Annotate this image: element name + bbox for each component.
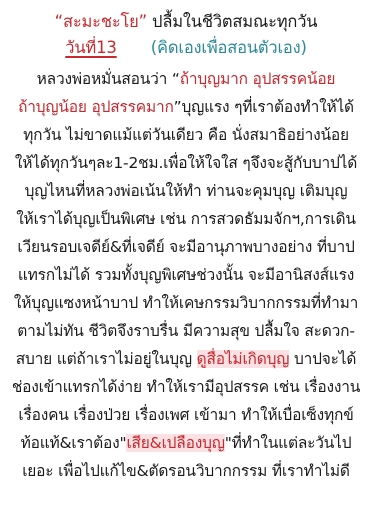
body-line-9: ให้บุญแซงหน้าบาป ทำให้เคษกรรมวิบากกรรมที… (0, 291, 372, 315)
body-line-13: เรื่องคน เรื่องป่วย เรื่องเพศ เข้ามา ทำใ… (0, 403, 372, 427)
body-line-10: ตามไม่ทัน ชีวิตจึงราบรื่น มีความสุข ปลื้… (0, 319, 372, 343)
body-line-1: หลวงพ่อหมั่นสอนว่า “ถ้าบุญมาก อุปสรรคน้อ… (0, 67, 372, 91)
warning-highlight: เสีย&เปลืองบุญ (126, 434, 224, 452)
quote-highlight: ถ้าบุญน้อย อุปสรรคมาก (18, 98, 174, 116)
body-text: สบาย แต่ถ้าเราไม่อยู่ในบุญ (16, 350, 197, 368)
body-line-12: ช่องเข้าแทรกได้ง่าย ทำให้เรามีอุปสรรค เช… (0, 375, 372, 399)
body-line-7: เวียนรอบเจดีย์&ที่เจดีย์ จะมีอานุภาพบางอ… (0, 235, 372, 259)
body-line-3: ทุกวัน ไม่ขาดแม้แต่วันเดียว คือ นั่งสมาธ… (0, 123, 372, 147)
title-text: ปลื้มในชีวิตสมณะทุกวัน (147, 12, 317, 31)
body-line-15: เยอะ เพื่อไปแก้ไข&ตัดรอนวิบากกรรม ที่เรา… (0, 459, 372, 483)
subtitle: (คิดเองเพื่อสอนตัวเอง) (151, 38, 307, 57)
body-line-2: ถ้าบุญน้อย อุปสรรคมาก”บุญแรง ๆที่เราต้อง… (0, 95, 372, 119)
body-text: "ที่ทำในแต่ละวันไป (225, 434, 352, 452)
title-line: “สะมะชะโย” ปลื้มในชีวิตสมณะทุกวัน (0, 10, 372, 34)
body-text: ท้อแท้&เราต้อง" (21, 434, 127, 452)
body-line-8: แทรกไม่ได้ รวมทั้งบุญพิเศษช่วงนั้น จะมีอ… (0, 263, 372, 287)
body-line-6: ให้เราได้บุญเป็นพิเศษ เช่น การสวดธัมมจัก… (0, 207, 372, 231)
body-line-14: ท้อแท้&เราต้อง"เสีย&เปลืองบุญ"ที่ทำในแต่… (0, 431, 372, 455)
document-page: “สะมะชะโย” ปลื้มในชีวิตสมณะทุกวัน วันที่… (0, 0, 372, 511)
body-line-4: ให้ได้ทุกวันๆละ1-2ชม.เพื่อให้ใจใส ๆจึงจะ… (0, 151, 372, 175)
body-text: ”บุญแรง ๆที่เราต้องทำให้ได้ (174, 98, 354, 116)
body-text: บาปจะได้ (289, 350, 356, 368)
body-line-11: สบาย แต่ถ้าเราไม่อยู่ในบุญ ดูสื่อไม่เกิด… (0, 347, 372, 371)
title-quote: “สะมะชะโย” (55, 12, 147, 31)
warning-highlight: ดูสื่อไม่เกิดบุญ (197, 350, 290, 368)
body-line-5: บุญไหนที่หลวงพ่อเน้นให้ทำ ท่านจะคุมบุญ เ… (0, 179, 372, 203)
body-text: หลวงพ่อหมั่นสอนว่า “ (37, 70, 180, 88)
day-label: วันที่13 (65, 38, 116, 57)
quote-highlight: ถ้าบุญมาก อุปสรรคน้อย (180, 70, 336, 88)
day-line: วันที่13 (คิดเองเพื่อสอนตัวเอง) (0, 36, 372, 60)
